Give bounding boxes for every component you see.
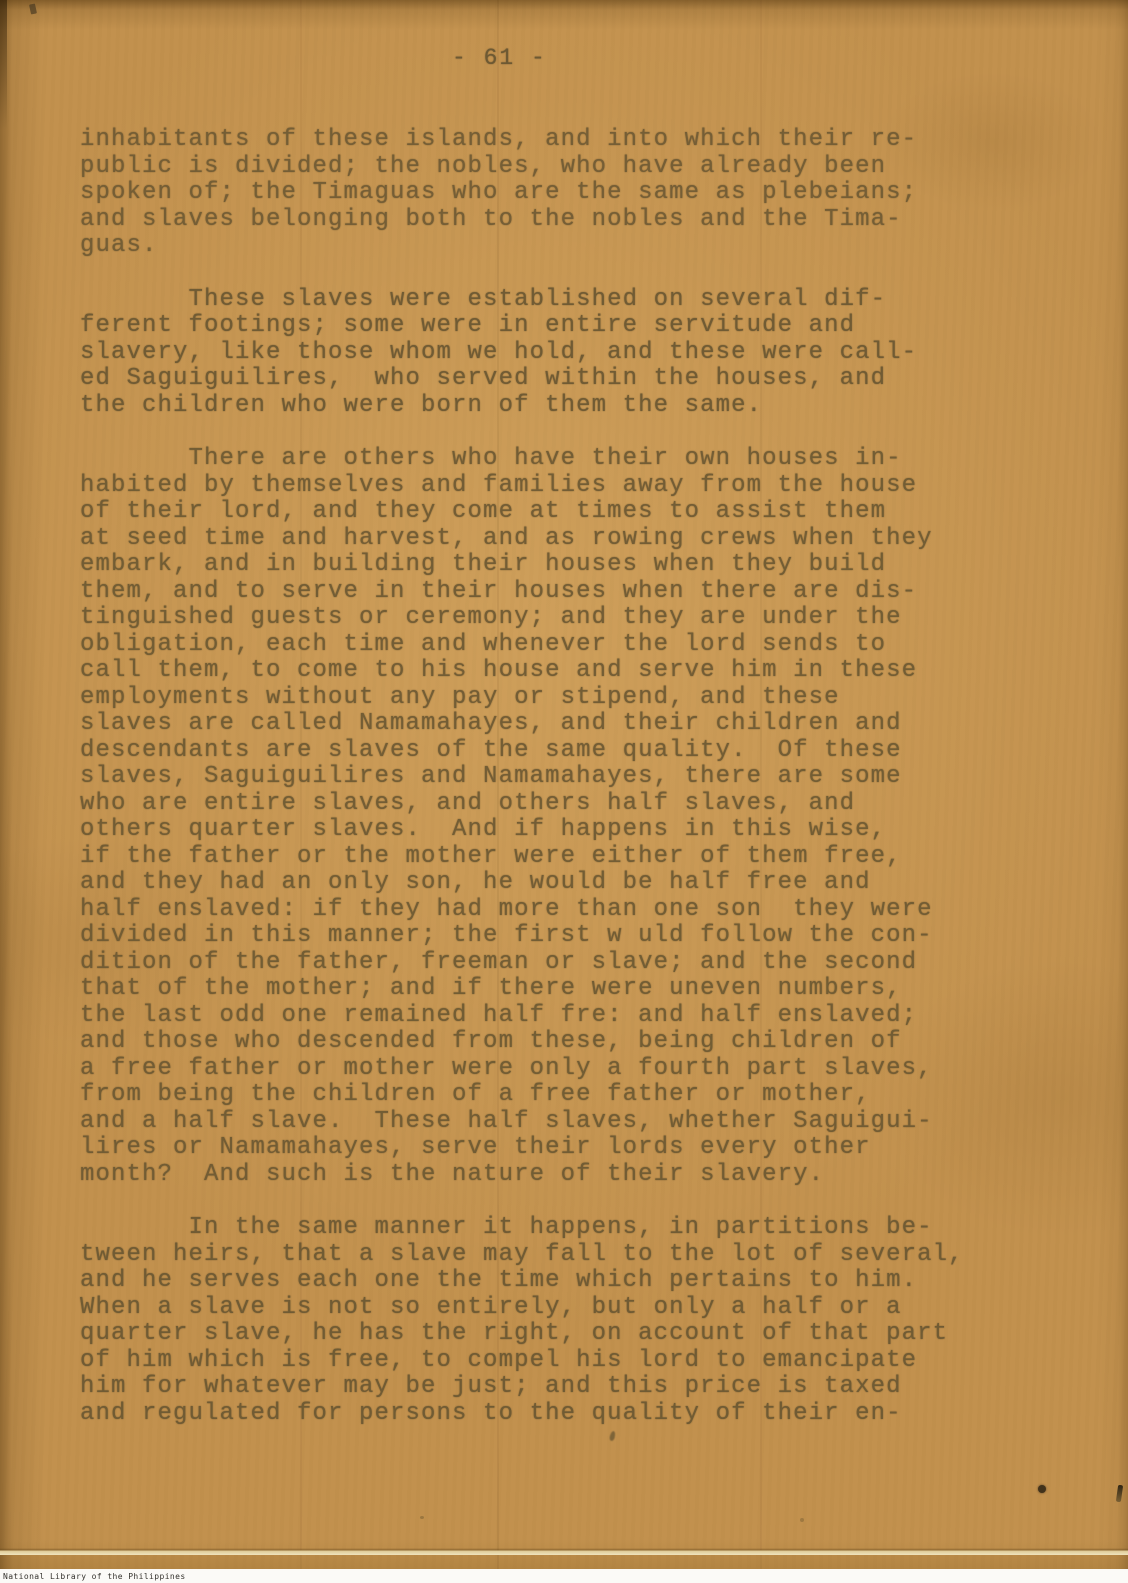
paragraph: There are others who have their own hous… [80,446,1070,1188]
page-bottom-edge [0,1548,1128,1555]
ink-speck [1038,1485,1046,1493]
ink-speck [420,1516,424,1519]
paper-page: - 61 - inhabitants of these islands, and… [0,0,1128,1569]
footer-label: National Library of the Philippines [3,1572,186,1581]
paragraph: inhabitants of these islands, and into w… [80,127,1070,260]
scanned-document: - 61 - inhabitants of these islands, and… [0,0,1128,1583]
ink-speck [29,3,37,14]
body-text: inhabitants of these islands, and into w… [80,127,1070,1454]
ink-speck [800,1518,804,1522]
scan-footer-bar: National Library of the Philippines [0,1569,1128,1583]
paragraph: In the same manner it happens, in partit… [80,1215,1070,1427]
ink-speck [1116,1485,1123,1503]
left-edge-shadow [0,0,7,130]
paragraph: These slaves were established on several… [80,287,1070,420]
page-number: - 61 - [452,45,547,71]
